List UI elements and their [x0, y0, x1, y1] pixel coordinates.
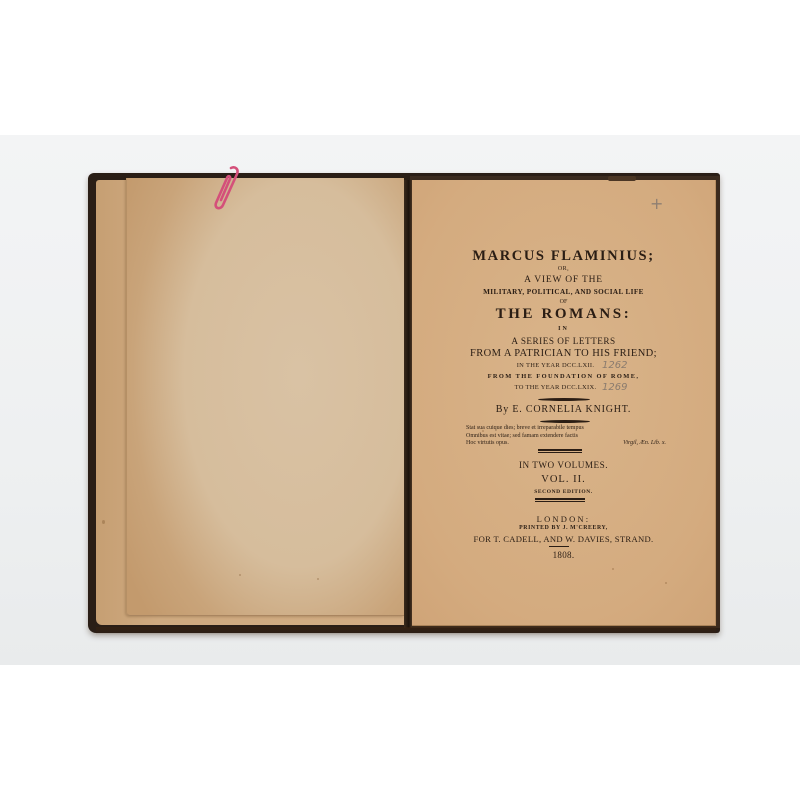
pencil-cross-mark: +: [650, 194, 663, 213]
double-rule: [535, 498, 585, 502]
double-rule: [538, 449, 582, 453]
foxing-spot: [482, 430, 484, 432]
foxing-spot: [612, 568, 614, 570]
book-shadow: [96, 627, 716, 635]
volume-number: VOL. II.: [412, 474, 715, 485]
ornamental-rule: [540, 420, 590, 423]
pencil-annotation-year-1: 1262: [602, 360, 627, 371]
paperclip-icon: [211, 165, 241, 213]
epigraph-line-1: Stat sua cuique dies; breve et irreparab…: [466, 425, 666, 433]
epigraph-line-2: Omnibus est vitae; sed famam extendere f…: [466, 433, 666, 441]
subtitle-line-1: A VIEW OF THE: [412, 275, 715, 285]
author-line: By E. CORNELIA KNIGHT.: [412, 404, 715, 415]
title-or: OR,: [412, 266, 715, 272]
book-title: MARCUS FLAMINIUS;: [412, 248, 715, 265]
title-page: MARCUS FLAMINIUS; OR, A VIEW OF THE MILI…: [412, 180, 716, 626]
book-gutter: [404, 180, 412, 628]
imprint-publisher: FOR T. CADELL, AND W. DAVIES, STRAND.: [412, 534, 715, 544]
subtitle-series: A SERIES OF LETTERS: [412, 336, 715, 346]
left-flyleaf: [126, 178, 404, 616]
ornamental-rule: [538, 398, 590, 401]
volumes-line: IN TWO VOLUMES.: [412, 460, 715, 470]
subtitle-foundation: FROM THE FOUNDATION OF ROME,: [412, 373, 715, 380]
epigraph-citation: Virgil, Æn. Lib. x.: [623, 440, 666, 448]
foxing-spot: [239, 574, 241, 576]
subtitle-year-1: IN THE YEAR DCC.LXII.: [404, 362, 707, 369]
spine-tear: [608, 176, 636, 181]
subtitle-in: IN: [412, 326, 715, 332]
epigraph: Stat sua cuique dies; breve et irreparab…: [466, 425, 666, 448]
subtitle-from-patrician: FROM A PATRICIAN TO HIS FRIEND;: [412, 348, 715, 359]
subtitle-line-2: MILITARY, POLITICAL, AND SOCIAL LIFE: [412, 288, 715, 296]
foxing-spot: [102, 520, 105, 524]
short-rule: [549, 546, 569, 547]
imprint-printer: PRINTED BY J. M'CREERY,: [412, 525, 715, 531]
edition-line: SECOND EDITION.: [412, 489, 715, 495]
imprint-city: LONDON:: [412, 514, 715, 524]
foxing-spot: [665, 582, 667, 584]
subtitle-romans: THE ROMANS:: [412, 306, 715, 323]
subtitle-of: OF: [412, 299, 715, 305]
imprint-year: 1808.: [412, 550, 715, 560]
subtitle-year-2: TO THE YEAR DCC.LXIX.: [404, 384, 707, 391]
foxing-spot: [317, 578, 319, 580]
pencil-annotation-year-2: 1269: [602, 382, 627, 393]
